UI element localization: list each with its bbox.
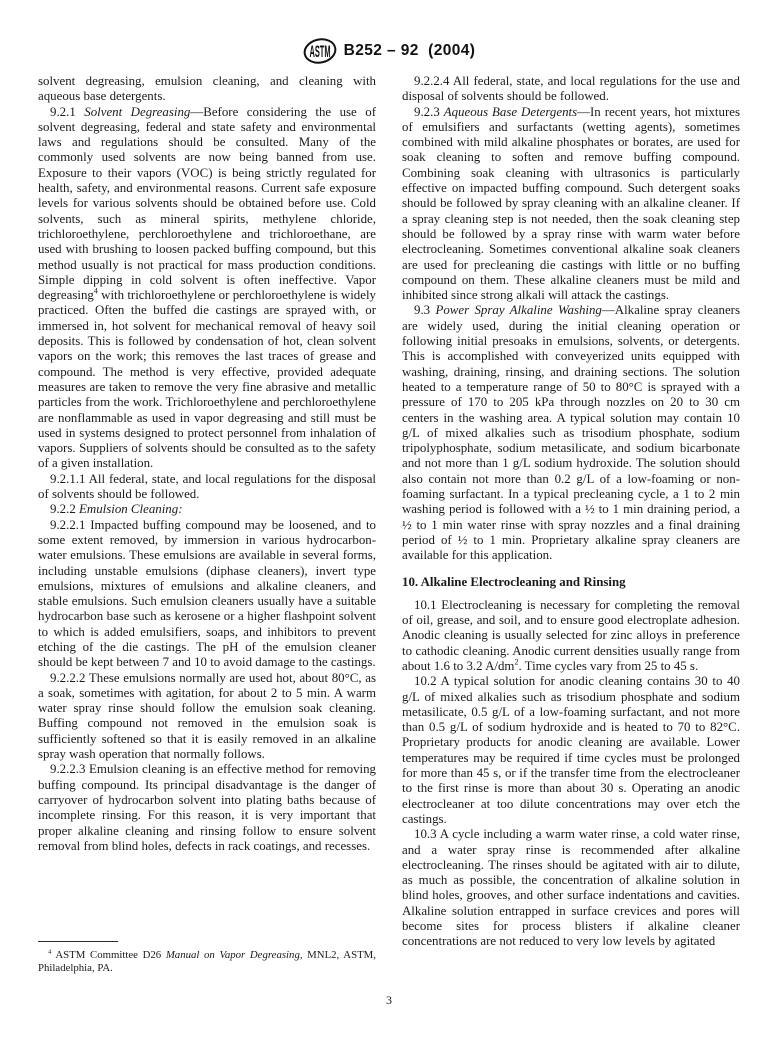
paragraph: 10.1 Electrocleaning is necessary for co… [402, 598, 740, 674]
column-right: 9.2.2.4 All federal, state, and local re… [402, 74, 740, 950]
standard-designation: B252 – 92 (2004) [344, 42, 476, 60]
paragraph: 9.2.2 Emulsion Cleaning: [38, 502, 376, 517]
page-header: ASTM B252 – 92 (2004) [0, 36, 778, 66]
paragraph: 9.2.3 Aqueous Base Detergents—In recent … [402, 105, 740, 304]
column-left: solvent degreasing, emulsion cleaning, a… [38, 74, 376, 950]
column-right-paragraphs: 9.2.2.4 All federal, state, and local re… [402, 74, 740, 950]
paragraph: 9.3 Power Spray Alkaline Washing—Alkalin… [402, 303, 740, 563]
paragraph: 9.2.1 Solvent Degreasing—Before consider… [38, 105, 376, 472]
document-page: ASTM B252 – 92 (2004) solvent degreasing… [0, 0, 778, 1041]
footnote-rule [38, 941, 118, 942]
paragraph: 9.2.2.2 These emulsions normally are use… [38, 671, 376, 763]
footnote-text: 4 ASTM Committee D26 Manual on Vapor Deg… [38, 949, 376, 975]
paragraph: solvent degreasing, emulsion cleaning, a… [38, 74, 376, 105]
paragraph: 9.2.2.1 Impacted buffing compound may be… [38, 518, 376, 671]
astm-logo-icon: ASTM [303, 36, 337, 66]
footnote: 4 ASTM Committee D26 Manual on Vapor Deg… [38, 941, 376, 975]
paragraph: 9.2.1.1 All federal, state, and local re… [38, 472, 376, 503]
paragraph: 9.2.2.4 All federal, state, and local re… [402, 74, 740, 105]
two-column-body: solvent degreasing, emulsion cleaning, a… [38, 74, 740, 950]
page-number: 3 [0, 993, 778, 1008]
svg-text:ASTM: ASTM [309, 42, 330, 61]
column-left-paragraphs: solvent degreasing, emulsion cleaning, a… [38, 74, 376, 854]
section-heading: 10. Alkaline Electrocleaning and Rinsing [402, 575, 740, 590]
paragraph: 10.3 A cycle including a warm water rins… [402, 827, 740, 949]
paragraph: 10.2 A typical solution for anodic clean… [402, 674, 740, 827]
paragraph: 9.2.2.3 Emulsion cleaning is an effectiv… [38, 762, 376, 854]
